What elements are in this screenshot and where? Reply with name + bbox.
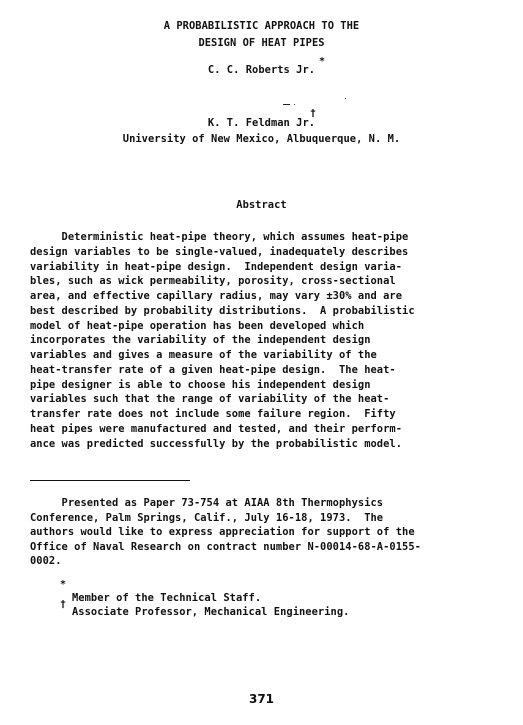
text-line: Office of Naval Research on contract num… — [30, 541, 421, 553]
author-1-footnote-mark: * — [319, 56, 325, 67]
scan-artifact — [345, 98, 346, 99]
footnote-rule — [30, 480, 190, 481]
text-line: area, and effective capillary radius, ma… — [30, 289, 402, 303]
text-line: authors would like to express appreciati… — [30, 526, 415, 538]
text-line: variability in heat-pipe design. Indepen… — [30, 260, 402, 274]
scan-artifact — [294, 104, 295, 105]
text-line: pipe designer is able to choose his inde… — [30, 378, 371, 392]
text-line: variables and gives a measure of the var… — [30, 348, 377, 362]
footnote-note-text: Member of the Technical Staff. — [72, 592, 261, 604]
abstract-heading: Abstract — [0, 199, 523, 211]
paper-title-line-2: DESIGN OF HEAT PIPES — [0, 37, 523, 49]
page-number: 371 — [0, 692, 523, 706]
text-line: design variables to be single-valued, in… — [30, 245, 408, 259]
text-line: heat pipes were manufactured and tested,… — [30, 422, 402, 436]
author-1: C. C. Roberts Jr. — [0, 64, 523, 76]
author-2-footnote-mark: † — [310, 108, 316, 119]
text-line: Presented as Paper 73-754 at AIAA 8th Th… — [30, 497, 383, 509]
text-line: transfer rate does not include some fail… — [30, 407, 396, 421]
text-line: 0002. — [30, 555, 62, 567]
text-line: ance was predicted successfully by the p… — [30, 437, 402, 451]
text-line: model of heat-pipe operation has been de… — [30, 319, 364, 333]
footnote-mark: * — [60, 579, 66, 590]
scan-artifact — [283, 104, 290, 105]
footnote-mark: † — [60, 599, 66, 610]
text-line: Conference, Palm Springs, Calif., July 1… — [30, 512, 383, 524]
text-line: Deterministic heat-pipe theory, which as… — [30, 230, 408, 244]
text-line: incorporates the variability of the inde… — [30, 333, 371, 347]
footnote-note-text: Associate Professor, Mechanical Engineer… — [72, 606, 349, 618]
author-2: K. T. Feldman Jr. — [0, 117, 523, 129]
paper-title-line-1: A PROBABILISTIC APPROACH TO THE — [0, 20, 523, 32]
text-line: variables such that the range of variabi… — [30, 392, 389, 406]
text-line: heat-transfer rate of a given heat-pipe … — [30, 363, 396, 377]
affiliation: University of New Mexico, Albuquerque, N… — [0, 133, 523, 145]
text-line: best described by probability distributi… — [30, 304, 415, 318]
text-line: bles, such as wick permeability, porosit… — [30, 274, 396, 288]
